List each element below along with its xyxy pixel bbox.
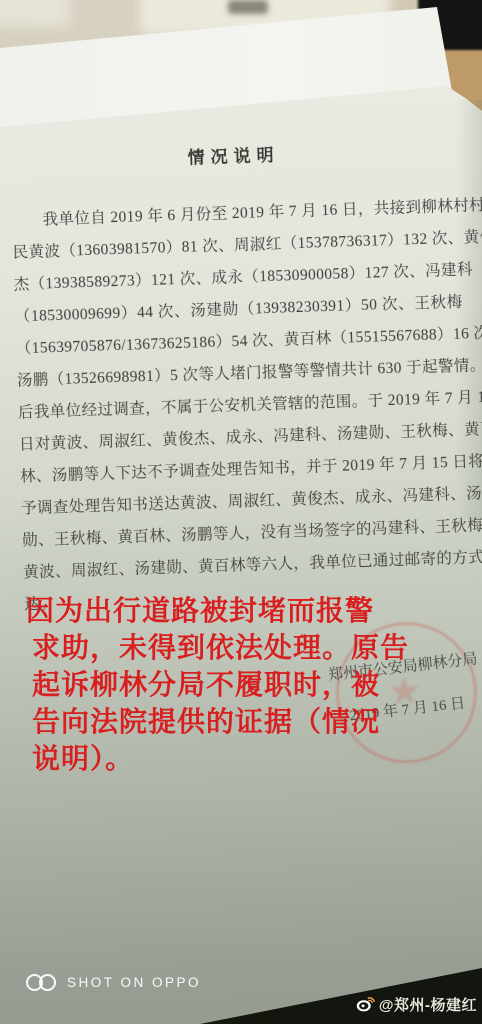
camera-watermark-label: SHOT ON OPPO bbox=[67, 975, 201, 990]
camera-watermark: SHOT ON OPPO bbox=[26, 974, 201, 991]
annotation-line: 求助，未得到依法处理。原告 bbox=[26, 629, 466, 666]
oppo-rings-icon bbox=[26, 974, 56, 991]
document-title: 情况说明 bbox=[0, 134, 475, 175]
document-body: 我单位自 2019 年 6 月份至 2019 年 7 月 16 日，共接到柳林村… bbox=[11, 191, 473, 622]
annotation-line: 说明）。 bbox=[26, 740, 466, 777]
annotation-line: 告向法院提供的证据（情况 bbox=[26, 703, 466, 740]
annotation-line: 因为出行道路被封堵而报警 bbox=[26, 592, 466, 629]
weibo-handle: @郑州-杨建红 bbox=[379, 994, 477, 1015]
weibo-watermark: @郑州-杨建红 bbox=[355, 994, 477, 1015]
red-annotation-overlay: 因为出行道路被封堵而报警 求助，未得到依法处理。原告 起诉柳林分局不履职时，被 … bbox=[26, 592, 466, 777]
photo-of-document: 情况说明 我单位自 2019 年 6 月份至 2019 年 7 月 16 日，共… bbox=[0, 0, 482, 1024]
weibo-icon bbox=[355, 994, 376, 1015]
annotation-line: 起诉柳林分局不履职时，被 bbox=[26, 666, 466, 703]
